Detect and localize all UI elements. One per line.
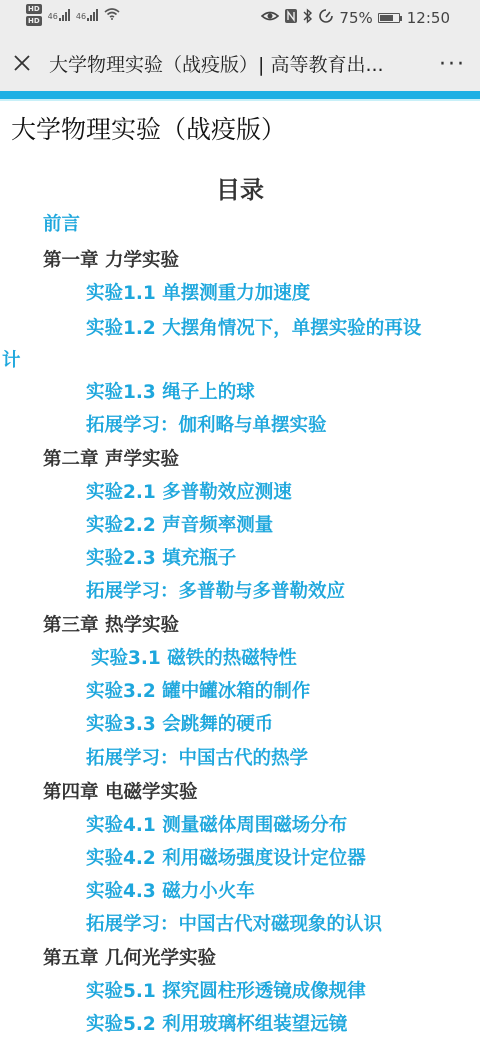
toc-link[interactable]: 实验5.1 探究圆柱形透镜成像规律 (86, 978, 366, 1006)
toc-chapter-3: 第三章 热学实验 (43, 612, 179, 640)
hd-icon: HD (26, 16, 42, 26)
signal-label: 46 (76, 12, 86, 21)
eye-comfort-icon (261, 9, 279, 27)
close-button[interactable] (12, 50, 32, 80)
status-left: HD HD 46 46 (26, 4, 120, 26)
toc-link[interactable]: 拓展学习：多普勒与多普勒效应 (86, 578, 345, 606)
battery-icon (378, 13, 402, 23)
toc-link[interactable]: 实验1.2 大摆角情况下，单摆实验的再设 (86, 315, 421, 343)
toc-link[interactable]: 实验2.2 声音频率测量 (86, 512, 273, 540)
page-title: 大学物理实验（战疫版） (11, 112, 286, 148)
signal-4g-icon: 46 (76, 9, 98, 21)
more-icon: ··· (439, 52, 466, 77)
toc-chapter-4: 第四章 电磁学实验 (43, 779, 197, 807)
toc-link[interactable]: 拓展学习：中国古代对磁现象的认识 (86, 911, 382, 939)
toc-link[interactable]: 实验4.3 磁力小火车 (86, 878, 255, 906)
toc-link[interactable]: 实验2.3 填充瓶子 (86, 545, 236, 573)
toc-link-preface[interactable]: 前言 (43, 211, 80, 239)
clock: 12:50 (407, 9, 450, 27)
toc-heading: 目录 (0, 172, 480, 208)
toc-link[interactable]: 实验1.3 绳子上的球 (86, 379, 255, 407)
toc-link[interactable]: 实验4.2 利用磁场强度设计定位器 (86, 845, 366, 873)
browser-nav-bar: 大学物理实验（战疫版）| 高等教育出... ··· (0, 40, 480, 91)
toc-chapter-5: 第五章 几何光学实验 (43, 945, 216, 973)
status-right: 75% 12:50 (261, 8, 450, 28)
hd-icon: HD (26, 4, 42, 14)
nfc-icon (284, 8, 298, 28)
toc-link[interactable]: 实验1.1 单摆测重力加速度 (86, 280, 310, 308)
battery-percent: 75% (339, 9, 372, 27)
data-saver-icon (318, 8, 334, 28)
page-tab-title: 大学物理实验（战疫版）| 高等教育出... (49, 52, 409, 78)
bluetooth-icon (303, 8, 313, 28)
progress-track (0, 99, 480, 101)
signal-4g-icon: 46 (48, 9, 70, 21)
wifi-icon (104, 7, 120, 24)
toc-link[interactable]: 实验3.1 磁铁的热磁特性 (91, 645, 297, 673)
signal-label: 46 (48, 12, 58, 21)
toc-link[interactable]: 实验2.1 多普勒效应测速 (86, 479, 292, 507)
toc-link[interactable]: 拓展学习：中国古代的热学 (86, 745, 308, 773)
close-icon (12, 53, 32, 73)
status-bar: HD HD 46 46 75% 12:50 (0, 0, 480, 40)
toc-link[interactable]: 实验3.2 罐中罐冰箱的制作 (86, 678, 310, 706)
toc-link[interactable]: 实验3.3 会跳舞的硬币 (86, 711, 273, 739)
toc-link-wrap[interactable]: 计 (2, 347, 21, 375)
toc-chapter-1: 第一章 力学实验 (43, 247, 179, 275)
hd-icons: HD HD (26, 4, 42, 26)
toc-chapter-2: 第二章 声学实验 (43, 446, 179, 474)
load-progress-bar (0, 91, 480, 99)
toc-link[interactable]: 实验5.2 利用玻璃杯组装望远镜 (86, 1011, 347, 1039)
more-menu-button[interactable]: ··· (439, 50, 466, 80)
toc-link[interactable]: 实验4.1 测量磁体周围磁场分布 (86, 812, 347, 840)
toc-link[interactable]: 拓展学习：伽利略与单摆实验 (86, 412, 327, 440)
